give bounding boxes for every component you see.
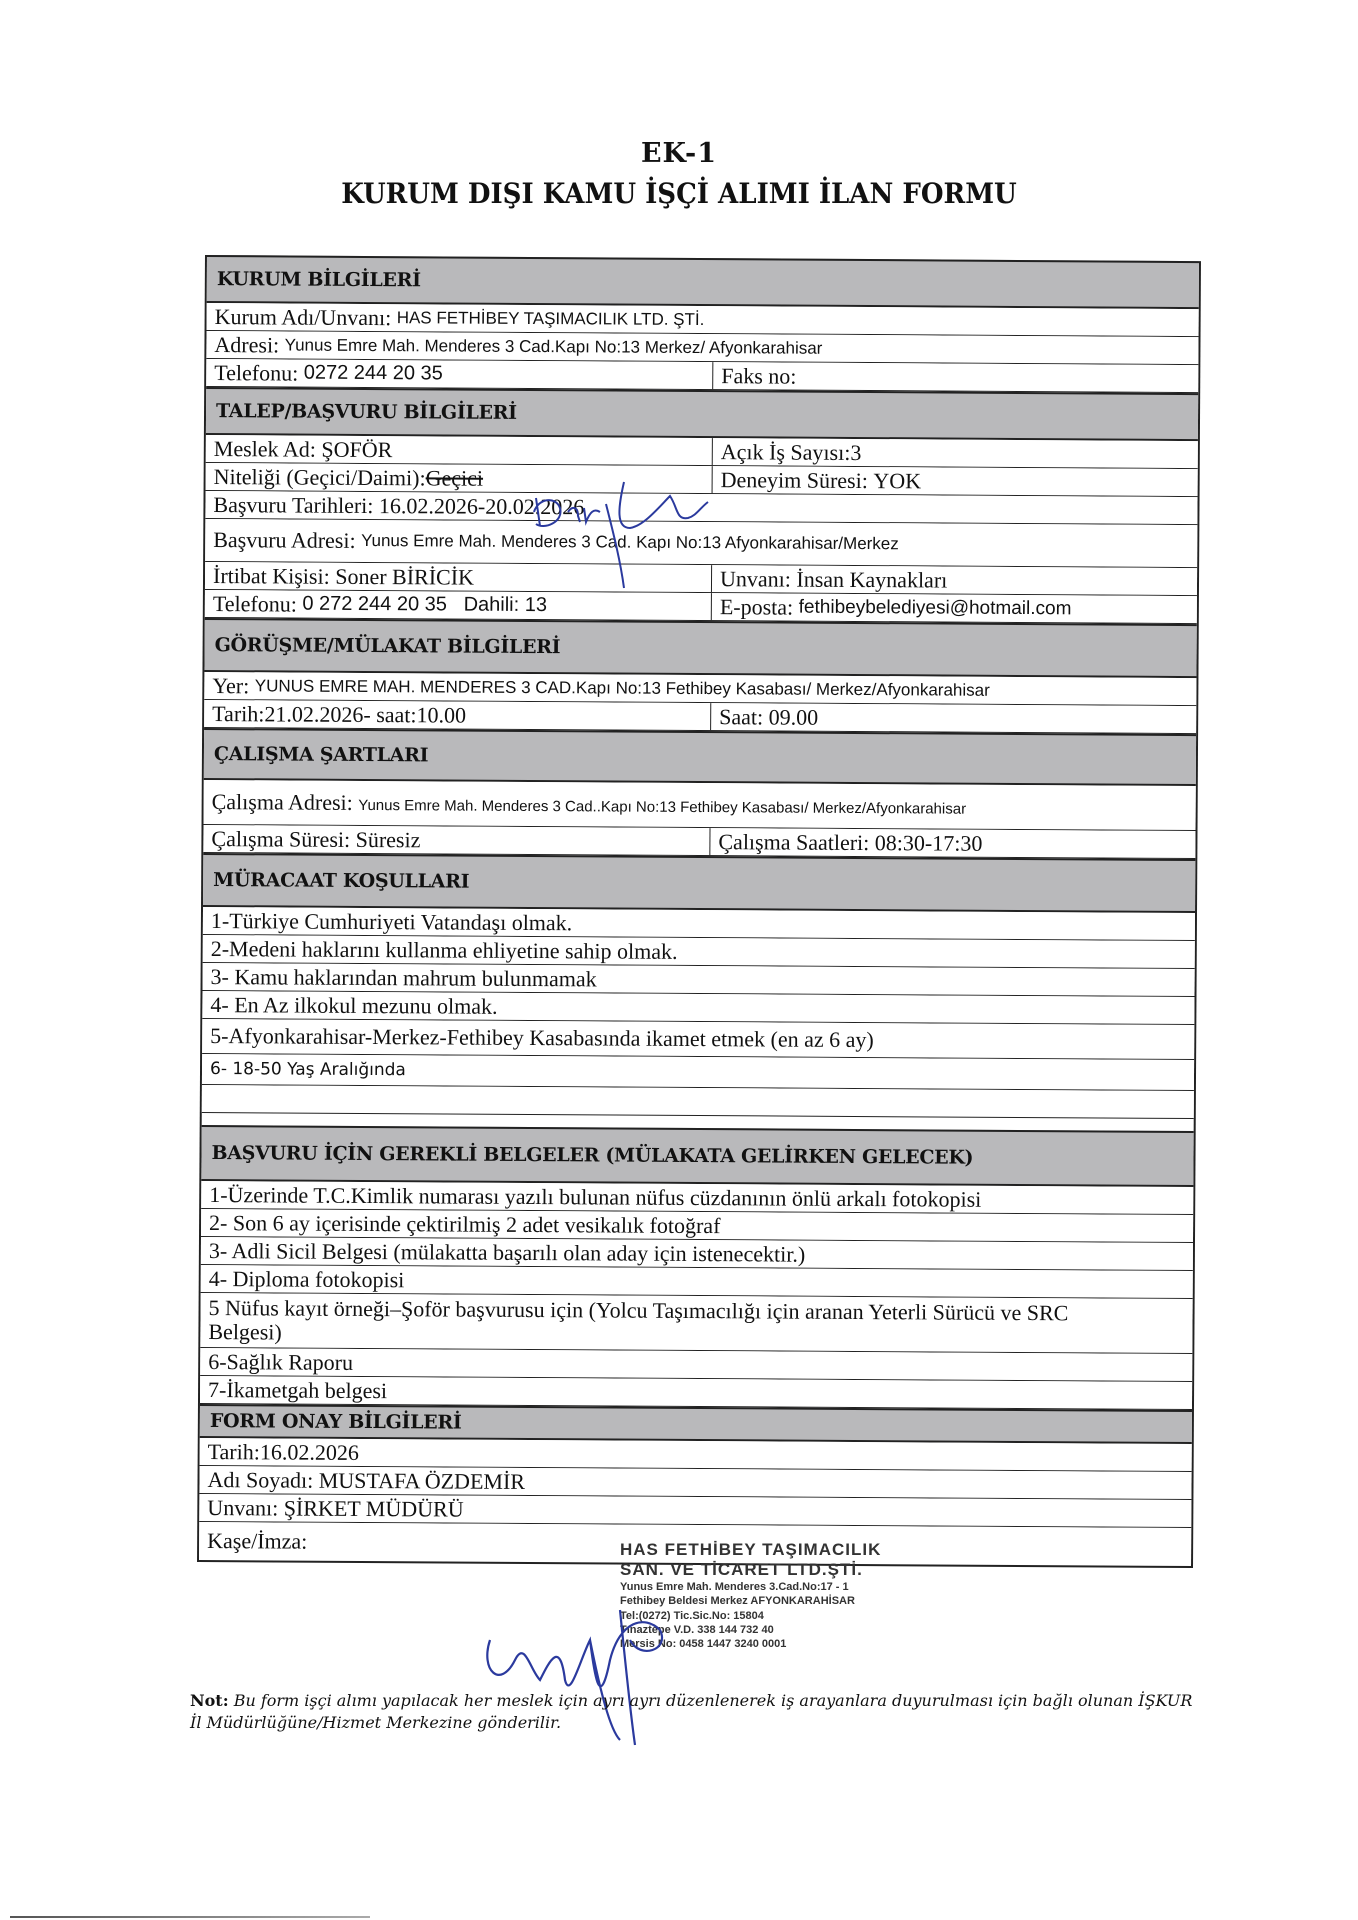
email-label: E-posta: (720, 594, 793, 620)
condition-item: 5-Afyonkarahisar-Merkez-Fethibey Kasabas… (202, 1019, 1194, 1060)
openings-label: Açık İş Sayısı: (721, 439, 851, 466)
contact-label: İrtibat Kişisi: (213, 563, 330, 590)
annex-label: EK-1 (0, 138, 1358, 169)
approval-title-label: Unvanı: (207, 1495, 278, 1521)
experience-label: Deneyim Süresi: (721, 467, 868, 494)
contact-phone-value: 0 272 244 20 35 Dahili: 13 (302, 593, 547, 617)
dates-value: 16.02.2026-20.02.2026 (379, 493, 584, 520)
interview-time-value: 09.00 (769, 704, 819, 730)
openings-value: 3 (850, 439, 861, 465)
contact-value: Soner BİRİCİK (335, 563, 474, 590)
work-address-value: Yunus Emre Mah. Menderes 3 Cad..Kapı No:… (358, 797, 966, 818)
kurum-fax-label: Faks no: (721, 363, 796, 389)
footnote: Not: Bu form işçi alımı yapılacak her me… (190, 1690, 1200, 1733)
kurum-name-value: HAS FETHİBEY TAŞIMACILIK LTD. ŞTİ. (397, 308, 705, 330)
footnote-text: Bu form işçi alımı yapılacak her meslek … (190, 1691, 1192, 1732)
occupation-value: ŞOFÖR (321, 436, 392, 462)
dates-label: Başvuru Tarihleri: (213, 492, 373, 519)
scan-edge-line (10, 1916, 370, 1918)
work-duration-label: Çalışma Süresi: (211, 826, 350, 853)
kurum-phone-label: Telefonu: (214, 360, 298, 387)
work-duration-value: Süresiz (356, 826, 421, 852)
section-belgeler-header: BAŞVURU İÇİN GEREKLİ BELGELER (MÜLAKATA … (201, 1125, 1193, 1187)
approval-date-label: Tarih: (208, 1439, 260, 1465)
interview-time-label: Saat: (719, 704, 763, 730)
interview-date-label: Tarih: (212, 701, 264, 727)
apply-address-row: Başvuru Adresi: Yunus Emre Mah. Menderes… (205, 519, 1197, 568)
contact-title-label: Unvanı: (720, 566, 791, 592)
nature-label: Niteliği (Geçici/Daimi): (214, 464, 426, 491)
approval-name-label: Adı Soyadı: (207, 1467, 313, 1494)
section-muracaat-header: MÜRACAAT KOŞULLARI (203, 853, 1195, 913)
apply-address-value: Yunus Emre Mah. Menderes 3 Cad. Kapı No:… (361, 531, 899, 554)
approval-date-value: 16.02.2026 (260, 1439, 359, 1466)
approval-title-value: ŞİRKET MÜDÜRÜ (284, 1495, 464, 1522)
interview-date-value: 21.02.2026- saat:10.00 (264, 701, 466, 728)
section-gorusme-header: GÖRÜŞME/MÜLAKAT BİLGİLERİ (204, 618, 1196, 678)
document-item: 5 Nüfus kayıt örneği–Şoför başvurusu içi… (200, 1293, 1192, 1354)
section-calisma-header: ÇALIŞMA ŞARTLARI (204, 728, 1196, 786)
work-address-row: Çalışma Adresi: Yunus Emre Mah. Menderes… (204, 780, 1196, 831)
section-talep-header: TALEP/BAŞVURU BİLGİLERİ (206, 387, 1198, 441)
experience-value: YOK (873, 468, 921, 494)
footnote-label: Not: (190, 1691, 229, 1710)
approval-seal-label: Kaşe/İmza: (207, 1528, 307, 1555)
apply-address-label: Başvuru Adresi: (213, 527, 356, 554)
kurum-phone-value: 0272 244 20 35 (304, 362, 443, 386)
company-stamp: HAS FETHİBEY TAŞIMACILIK SAN. VE TİCARET… (620, 1540, 980, 1651)
form-title: KURUM DIŞI KAMU İŞÇİ ALIMI İLAN FORMU (48, 177, 1311, 210)
interview-place-value: YUNUS EMRE MAH. MENDERES 3 CAD.Kapı No:1… (255, 676, 990, 700)
work-address-label: Çalışma Adresi: (212, 789, 353, 815)
announcement-form: KURUM BİLGİLERİ Kurum Adı/Unvanı: HAS FE… (197, 255, 1201, 1568)
occupation-label: Meslek Ad: (214, 436, 316, 463)
contact-title-value: İnsan Kaynakları (796, 566, 947, 593)
kurum-name-label: Kurum Adı/Unvanı: (215, 304, 392, 331)
kurum-address-value: Yunus Emre Mah. Menderes 3 Cad.Kapı No:1… (285, 335, 823, 358)
condition-empty-row (202, 1085, 1194, 1119)
kurum-address-label: Adresi: (214, 332, 279, 358)
section-kurum-header: KURUM BİLGİLERİ (207, 255, 1199, 309)
work-hours-label: Çalışma Saatleri: (718, 829, 869, 856)
interview-place-label: Yer: (212, 673, 249, 699)
approval-name-value: MUSTAFA ÖZDEMİR (319, 1467, 525, 1494)
work-hours-value: 08:30-17:30 (875, 830, 983, 857)
email-value: fethibeybelediyesi@hotmail.com (799, 596, 1072, 620)
document-header: EK-1 KURUM DIŞI KAMU İŞÇİ ALIMI İLAN FOR… (0, 138, 1358, 210)
contact-phone-label: Telefonu: (213, 591, 297, 618)
nature-struck-value: Geçici (426, 465, 484, 491)
